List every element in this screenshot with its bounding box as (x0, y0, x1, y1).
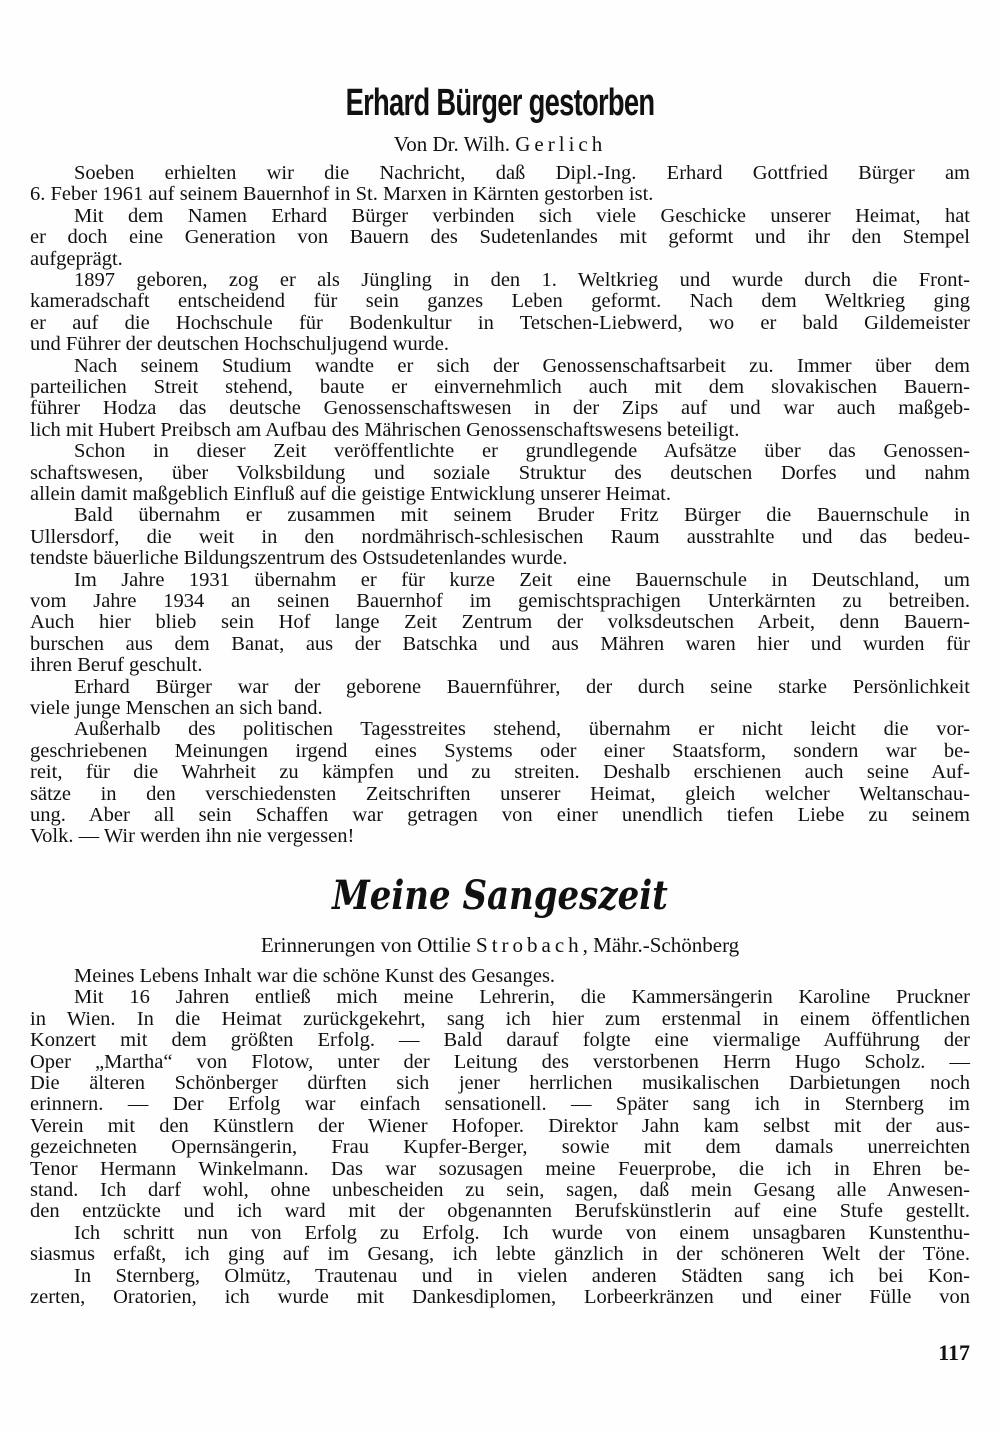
byline-2-suffix: , Mähr.-Schönberg (583, 933, 740, 957)
text-line: tendste bäuerliche Bildungszentrum des O… (30, 547, 970, 569)
text-line: Bald übernahm er zusammen mit seinem Bru… (74, 504, 970, 526)
text-line: viele junge Menschen an sich band. (30, 697, 970, 719)
text-line: Auch hier blieb sein Hof lange Zeit Zent… (30, 611, 970, 633)
text-line: zerten, Oratorien, ich wurde mit Dankesd… (30, 1286, 970, 1308)
byline-2-prefix: Erinnerungen von Ottilie (261, 933, 476, 957)
page-number: 117 (938, 1340, 970, 1366)
text-line: burschen aus dem Banat, aus der Batschka… (30, 633, 970, 655)
text-line: ihren Beruf geschult. (30, 654, 970, 676)
text-line: Im Jahre 1931 übernahm er für kurze Zeit… (74, 569, 970, 591)
text-line: allein damit maßgeblich Einfluß auf die … (30, 483, 970, 505)
text-line: siasmus erfaßt, ich ging auf im Gesang, … (30, 1243, 970, 1265)
text-line: reit, für die Wahrheit zu kämpfen und zu… (30, 761, 970, 783)
text-line: Soeben erhielten wir die Nachricht, daß … (74, 162, 970, 184)
text-line: geschriebenen Meinungen irgend eines Sys… (30, 740, 970, 762)
text-line: Mit 16 Jahren entließ mich meine Lehreri… (74, 986, 970, 1008)
text-line: Volk. — Wir werden ihn nie vergessen! (30, 825, 970, 847)
text-line: Meines Lebens Inhalt war die schöne Kuns… (74, 965, 970, 987)
text-line: Ich schritt nun von Erfolg zu Erfolg. Ic… (74, 1222, 970, 1244)
text-line: Tenor Hermann Winkelmann. Das war sozusa… (30, 1158, 970, 1180)
text-line: gezeichneten Opernsängerin, Frau Kupfer-… (30, 1136, 970, 1158)
text-line: schaftswesen, über Volksbildung und sozi… (30, 462, 970, 484)
text-line: parteilichen Streit stehend, baute er ei… (30, 376, 970, 398)
text-line: stand. Ich darf wohl, ohne unbescheiden … (30, 1179, 970, 1201)
text-line: in Wien. In die Heimat zurückgekehrt, sa… (30, 1008, 970, 1030)
text-line: Nach seinem Studium wandte er sich der G… (74, 355, 970, 377)
text-line: Verein mit den Künstlern der Wiener Hofo… (30, 1115, 970, 1137)
article-title-1: Erhard Bürger gestorben (140, 82, 860, 125)
text-line: den entzückte und ich ward mit der obgen… (30, 1200, 970, 1222)
text-line: In Sternberg, Olmütz, Trautenau und in v… (74, 1265, 970, 1287)
text-line: 6. Feber 1961 auf seinem Bauernhof in St… (30, 183, 970, 205)
text-line: kameradschaft entscheidend für sein ganz… (30, 290, 970, 312)
text-line: Konzert mit dem größten Erfolg. — Bald d… (30, 1029, 970, 1051)
byline-1: Von Dr. Wilh. Gerlich (0, 132, 1000, 157)
text-line: Oper „Martha“ von Flotow, unter der Leit… (30, 1051, 970, 1073)
byline-2: Erinnerungen von Ottilie Strobach, Mähr.… (0, 933, 1000, 958)
article-title-2: Meine Sangeszeit (75, 872, 925, 919)
text-line: er doch eine Generation von Bauern des S… (30, 226, 970, 248)
text-line: Mit dem Namen Erhard Bürger verbinden si… (74, 205, 970, 227)
text-line: aufgeprägt. (30, 248, 970, 270)
text-line: Schon in dieser Zeit veröffentlichte er … (74, 440, 970, 462)
text-line: er auf die Hochschule für Bodenkultur in… (30, 312, 970, 334)
text-line: sätze in den verschiedensten Zeitschrift… (30, 783, 970, 805)
byline-1-author: Gerlich (515, 132, 606, 156)
text-line: 1897 geboren, zog er als Jüngling in den… (74, 269, 970, 291)
text-line: Außerhalb des politischen Tagesstreites … (74, 718, 970, 740)
text-line: Erhard Bürger war der geborene Bauernfüh… (74, 676, 970, 698)
text-line: Die älteren Schönberger dürften sich jen… (30, 1072, 970, 1094)
text-line: ung. Aber all sein Schaffen war getragen… (30, 804, 970, 826)
document-page: Erhard Bürger gestorben Von Dr. Wilh. Ge… (0, 0, 1000, 1432)
text-line: Ullersdorf, die weit in den nordmährisch… (30, 526, 970, 548)
text-line: führer Hodza das deutsche Genossenschaft… (30, 397, 970, 419)
byline-2-author: Strobach (476, 933, 583, 957)
text-line: erinnern. — Der Erfolg war einfach sensa… (30, 1093, 970, 1115)
text-line: und Führer der deutschen Hochschuljugend… (30, 333, 970, 355)
byline-1-prefix: Von Dr. Wilh. (394, 132, 515, 156)
text-line: lich mit Hubert Preibsch am Aufbau des M… (30, 419, 970, 441)
text-line: vom Jahre 1934 an seinen Bauernhof im ge… (30, 590, 970, 612)
